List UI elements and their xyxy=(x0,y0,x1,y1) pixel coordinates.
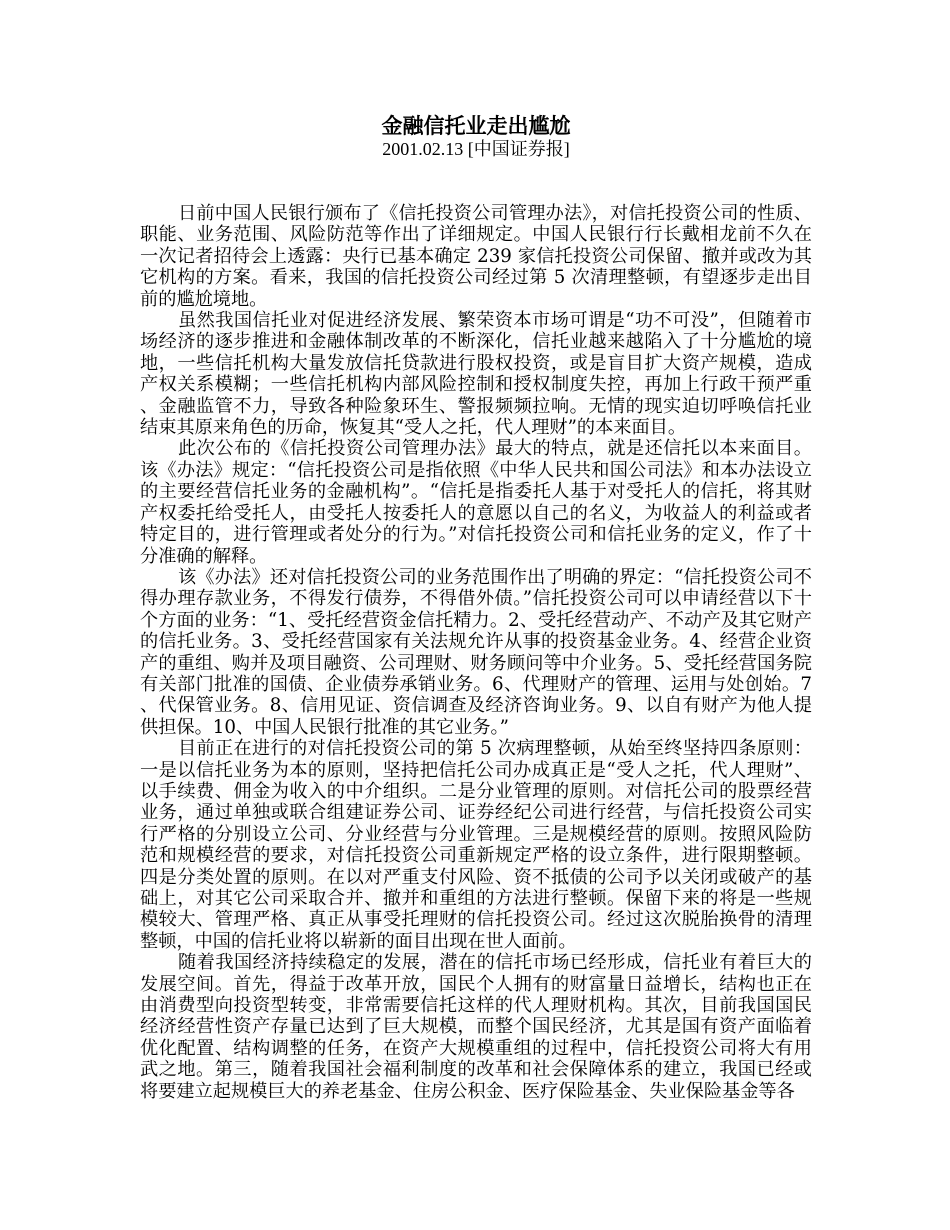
paragraph-5: 目前正在进行的对信托投资公司的第 5 次病理整顿，从始至终坚持四条原则：一是以信… xyxy=(140,738,812,952)
article-dateline: 2001.02.13 [中国证券报] xyxy=(140,138,812,160)
paragraph-6: 随着我国经济持续稳定的发展，潜在的信托市场已经形成，信托业有着巨大的发展空间。首… xyxy=(140,952,812,1102)
paragraph-3: 此次公布的《信托投资公司管理办法》最大的特点，就是还信托以本来面目。该《办法》规… xyxy=(140,438,812,566)
paragraph-4: 该《办法》还对信托投资公司的业务范围作出了明确的界定：“信托投资公司不得办理存款… xyxy=(140,567,812,738)
paragraph-2: 虽然我国信托业对促进经济发展、繁荣资本市场可谓是“功不可没”，但随着市场经济的逐… xyxy=(140,310,812,438)
article-title: 金融信托业走出尴尬 xyxy=(140,112,812,140)
paragraph-1: 日前中国人民银行颁布了《信托投资公司管理办法》，对信托投资公司的性质、职能、业务… xyxy=(140,203,812,310)
article-body: 日前中国人民银行颁布了《信托投资公司管理办法》，对信托投资公司的性质、职能、业务… xyxy=(140,203,812,1102)
